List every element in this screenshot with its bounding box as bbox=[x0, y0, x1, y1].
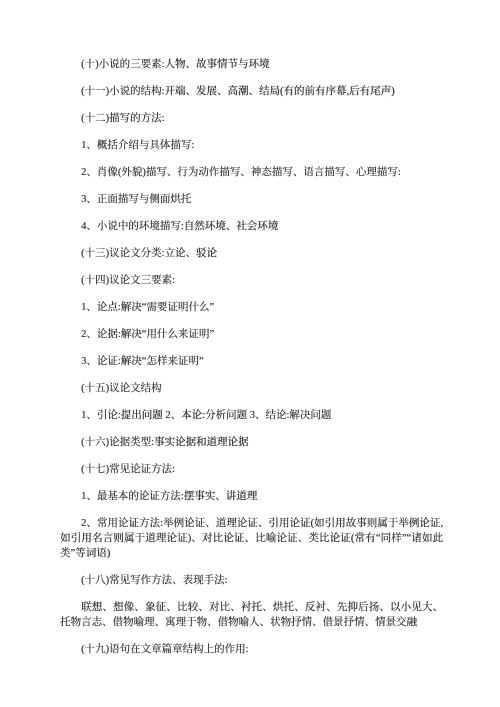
para-17-item-1: 1、最基本的论证方法:摆事实、讲道理 bbox=[60, 489, 443, 504]
document-page: (十)小说的三要素:人物、故事情节与环境 (十一)小说的结构:开端、发展、高潮、… bbox=[0, 0, 500, 707]
para-14-item-3: 3、论证:解决“怎样来证明” bbox=[60, 354, 443, 369]
para-16-evidence-types: (十六)论据类型:事实论据和道理论据 bbox=[60, 435, 443, 450]
para-12-item-1: 1、概括介绍与具体描写: bbox=[60, 138, 443, 153]
para-14-three-elements: (十四)议论文三要素: bbox=[60, 273, 443, 288]
para-14-item-2: 2、论据:解决“用什么来证明” bbox=[60, 327, 443, 342]
para-18-technique-list: 联想、想像、象征、比较、对比、衬托、烘托、反衬、先抑后扬、以小见大、托物言志、借… bbox=[60, 600, 443, 630]
para-14-item-1: 1、论点:解决“需要证明什么” bbox=[60, 300, 443, 315]
para-10-novel-three-elements: (十)小说的三要素:人物、故事情节与环境 bbox=[60, 57, 443, 72]
para-13-argument-essay-types: (十三)议论文分类:立论、驳论 bbox=[60, 246, 443, 261]
para-12-item-3: 3、正面描写与侧面烘托 bbox=[60, 192, 443, 207]
para-15-items: 1、引论:提出问题 2、本论:分析问题 3、结论:解决问题 bbox=[60, 408, 443, 423]
para-17-argument-methods: (十七)常见论证方法: bbox=[60, 462, 443, 477]
para-11-novel-structure: (十一)小说的结构:开端、发展、高潮、结局(有的前有序幕,后有尾声) bbox=[60, 84, 443, 99]
para-19-sentence-function: (十九)语句在文章篇章结构上的作用: bbox=[60, 642, 443, 657]
para-18-writing-techniques: (十八)常见写作方法、表现手法: bbox=[60, 573, 443, 588]
para-17-item-2: 2、常用论证方法:举例论证、道理论证、引用论证(如引用故事则属于举例论证,如引用… bbox=[60, 516, 443, 561]
para-12-description-methods: (十二)描写的方法: bbox=[60, 111, 443, 126]
para-15-structure: (十五)议论文结构 bbox=[60, 381, 443, 396]
para-12-item-2: 2、肖像(外貌)描写、行为动作描写、神态描写、语言描写、心理描写: bbox=[60, 165, 443, 180]
para-12-item-4: 4、小说中的环境描写:自然环境、社会环境 bbox=[60, 219, 443, 234]
